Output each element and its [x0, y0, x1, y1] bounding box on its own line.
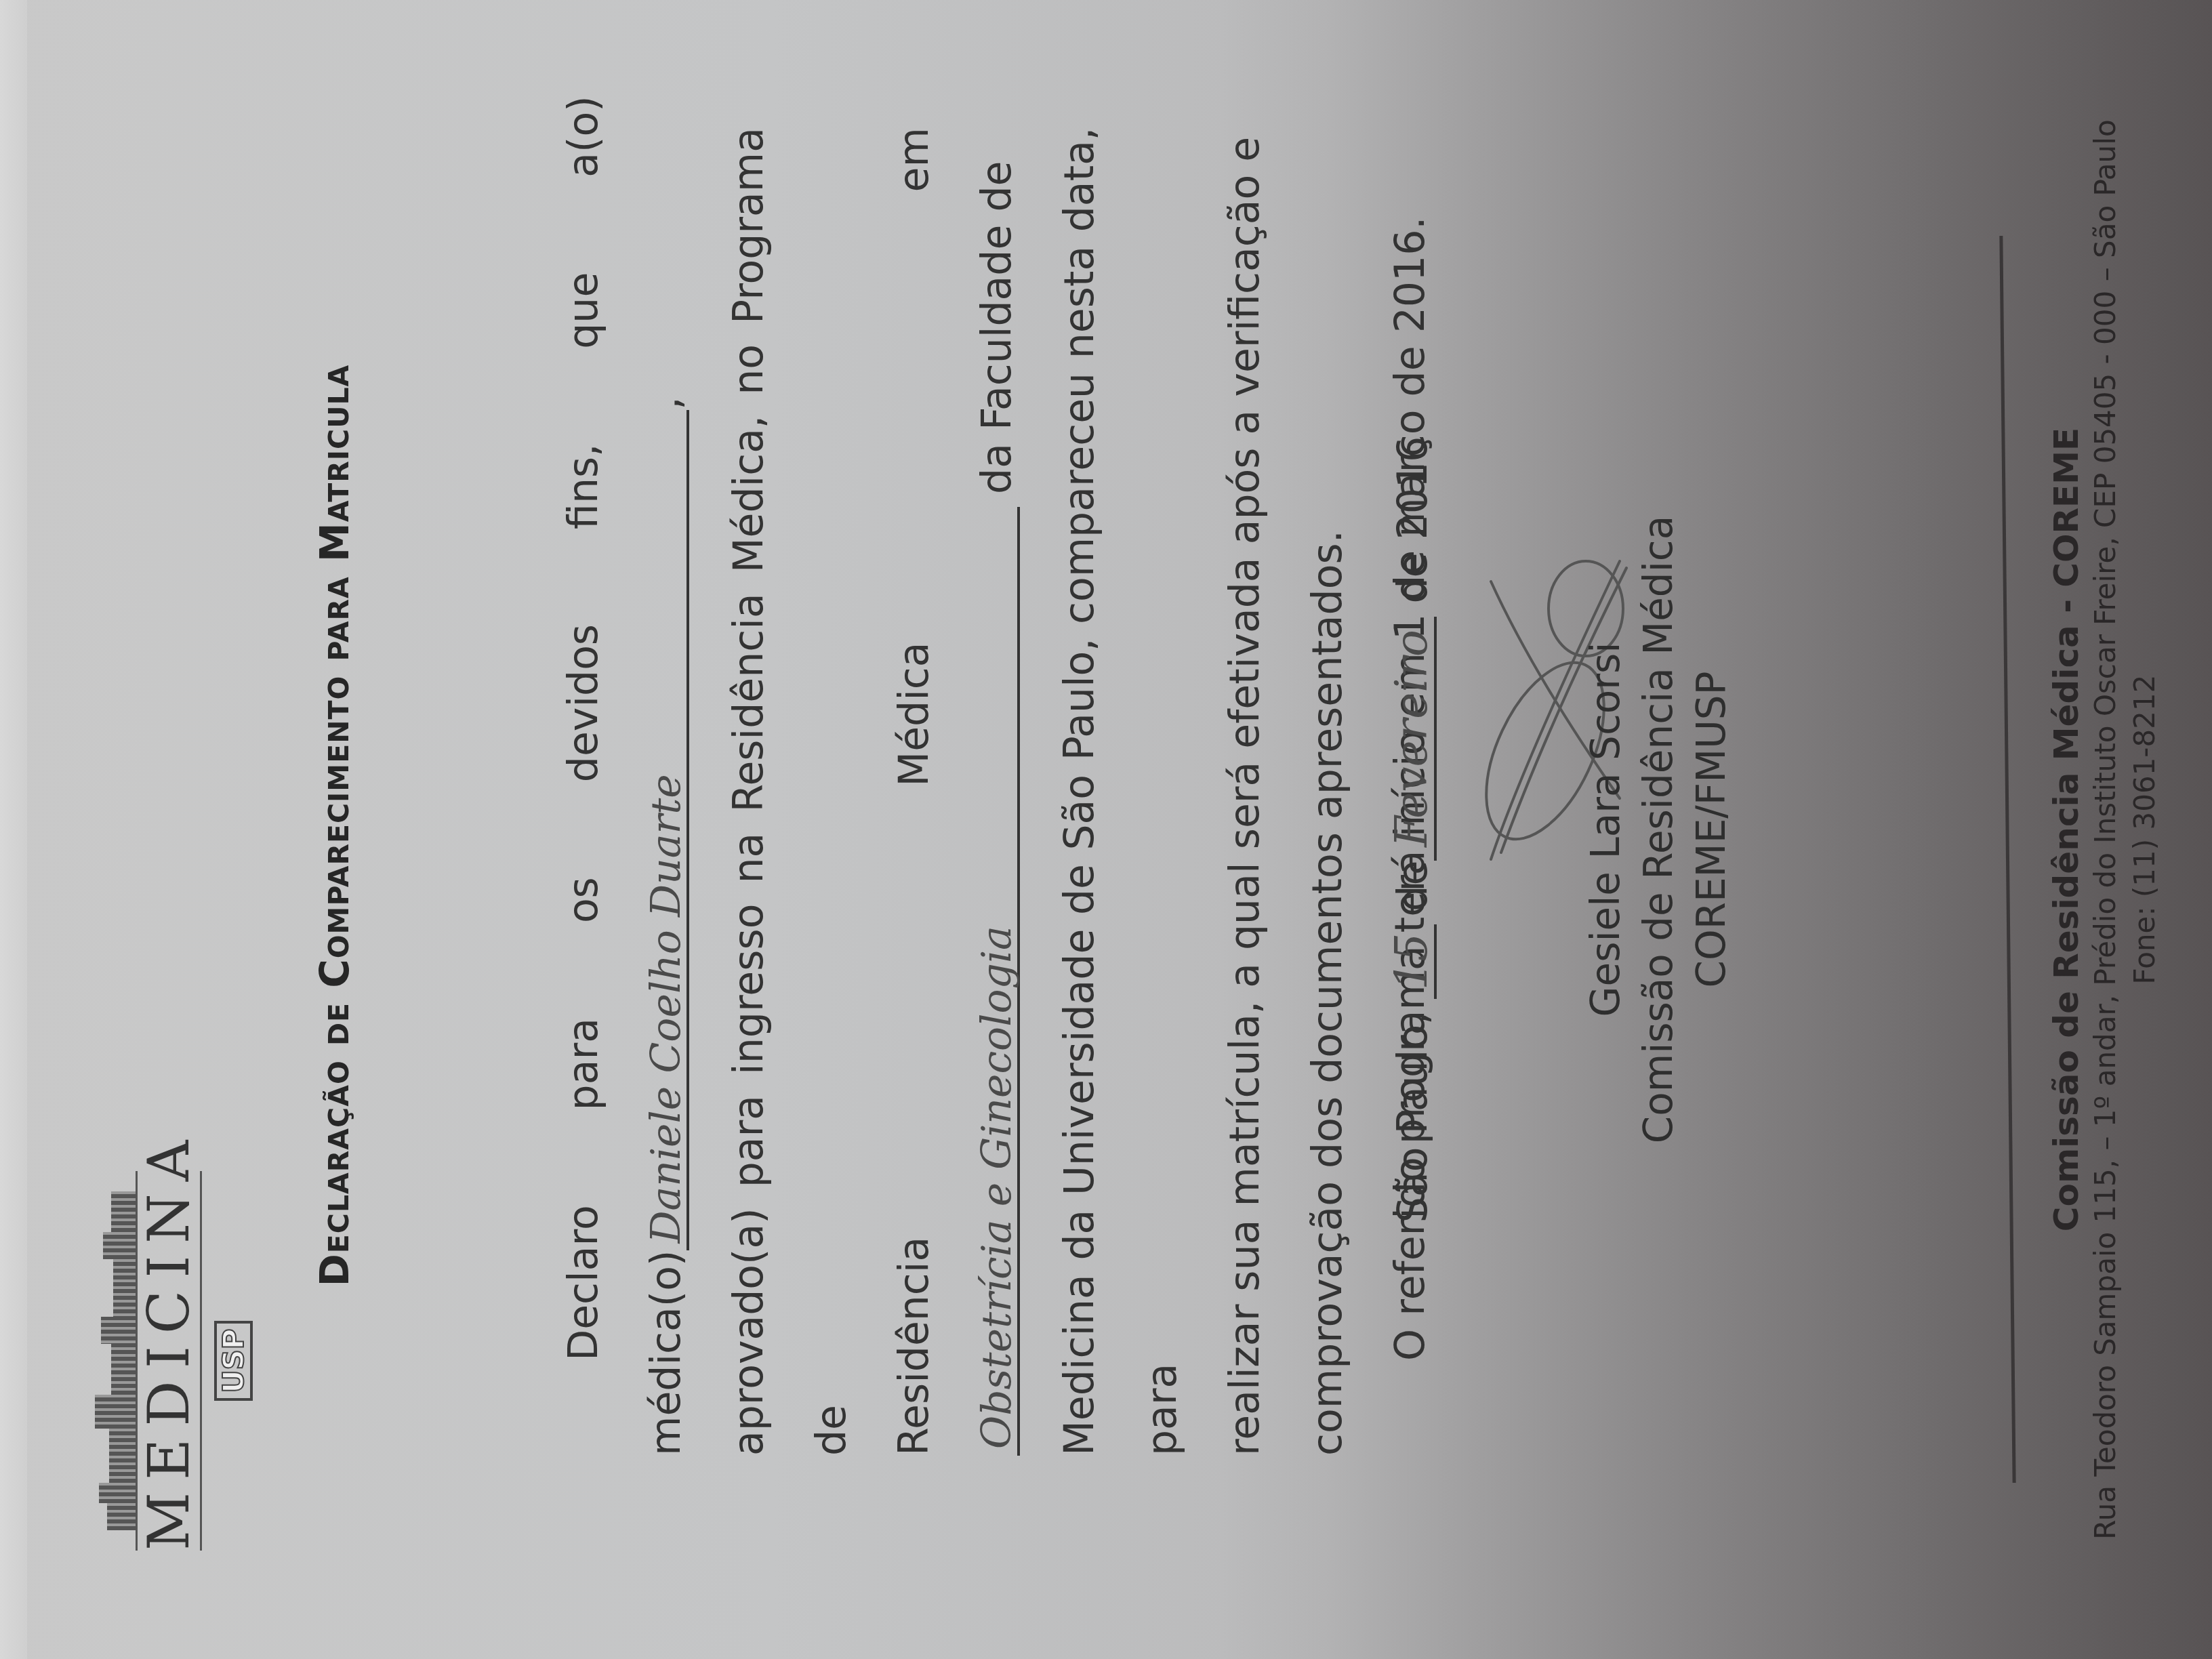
body-line-2: médica(o)Daniele Coelho Duarte, — [625, 127, 708, 1456]
date-city: São Paulo, — [1389, 1012, 1437, 1223]
word: devidos — [542, 624, 625, 877]
body-line-3: aprovado(a) para ingresso na Residência … — [708, 127, 873, 1456]
building-skyline-icon — [95, 1191, 136, 1530]
label-medica: médica(o) — [642, 1250, 690, 1456]
handwritten-specialty-field: Obstetrícia e Ginecologia — [977, 507, 1020, 1456]
signer-block: Gesiele Lara Scorsi Comissão de Residênc… — [1579, 0, 1738, 1659]
word: fins, — [542, 444, 625, 624]
body-line-5: Obstetrícia e Ginecologia da Faculdade d… — [956, 127, 1038, 1456]
word: que — [542, 272, 625, 444]
signer-name: Gesiele Lara Scorsi — [1579, 0, 1632, 1659]
label-faculdade: da Faculdade de — [973, 161, 1021, 494]
date-connector: de — [1389, 861, 1437, 912]
word: Residência — [873, 1237, 956, 1456]
document-page: MEDICINA USP Declaração de Compareciment… — [0, 0, 2212, 1659]
body-line-6: Medicina da Universidade de São Paulo, c… — [1038, 127, 1204, 1456]
handwritten-day-field: 15 — [1389, 924, 1437, 999]
date-line: São Paulo, 15 deFevereiro de 2016 — [1389, 0, 1437, 1659]
body-line-4: Residência Médica em — [873, 127, 956, 1456]
footer-phone: Fone: (11) 3061-8212 — [2125, 0, 2165, 1659]
word: para — [542, 1018, 625, 1205]
word: Declaro — [542, 1205, 625, 1456]
declaration-body: Declaro para os devidos fins, que a(o) m… — [542, 127, 1452, 1456]
body-line-7: realizar sua matrícula, a qual será efet… — [1204, 127, 1286, 1456]
word: em — [873, 127, 956, 192]
footer-address: Rua Teodoro Sampaio 115, – 1º andar, Pré… — [2086, 0, 2125, 1659]
logo-name: MEDICINA — [138, 1171, 200, 1551]
word: a(o) — [542, 96, 625, 272]
footer-divider — [1999, 236, 2015, 1483]
handwritten-month-field: Fevereiro — [1389, 617, 1437, 861]
handwritten-name-field: Daniele Coelho Duarte — [646, 410, 689, 1250]
signer-role: Comissão de Residência Médica — [1632, 0, 1685, 1659]
footer: Comissão de Residência Médica - COREME R… — [2047, 0, 2165, 1659]
medicina-usp-logo: MEDICINA USP — [95, 1171, 253, 1551]
footer-org: Comissão de Residência Médica - COREME — [2047, 0, 2086, 1659]
document-title: Declaração de Comparecimento para Matric… — [312, 182, 358, 1469]
date-year: de 2016 — [1389, 436, 1437, 604]
body-line-1: Declaro para os devidos fins, que a(o) — [542, 127, 625, 1456]
word: Médica — [873, 642, 956, 786]
word: os — [542, 877, 625, 1018]
body-line-8: comprovação dos documentos apresentados. — [1286, 127, 1369, 1456]
usp-logo-icon: USP — [214, 1321, 253, 1401]
signer-unit: COREME/FMUSP — [1685, 0, 1738, 1659]
